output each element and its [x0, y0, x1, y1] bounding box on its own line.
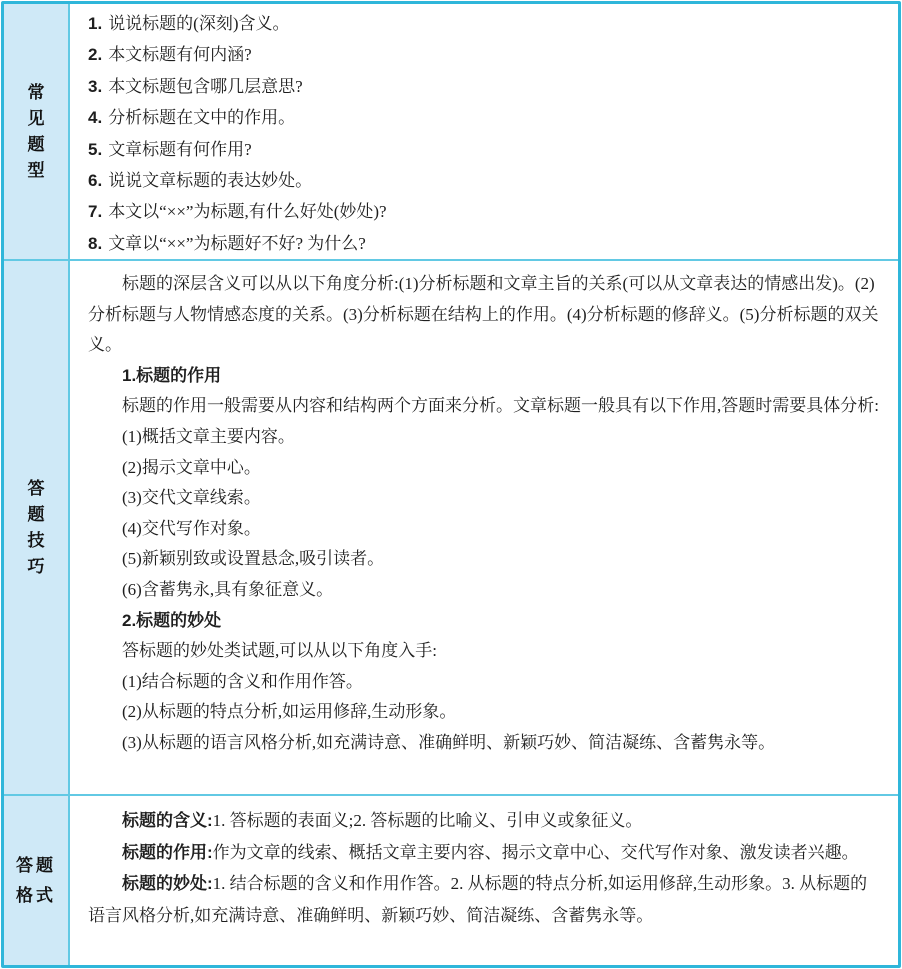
question-text: 本文以“××”为标题,有什么好处(妙处)? — [108, 202, 386, 221]
question-number: 5. — [88, 140, 102, 159]
question-text: 本文标题包含哪几层意思? — [108, 77, 303, 96]
row-label-cell-answer-techniques: 答题技巧 — [4, 261, 70, 794]
question-item-8: 8.文章以“××”为标题好不好? 为什么? — [88, 228, 888, 259]
question-item-7: 7.本文以“××”为标题,有什么好处(妙处)? — [88, 196, 888, 227]
format-entry-text: 作为文章的线索、概括文章主要内容、揭示文章中心、交代写作对象、激发读者兴趣。 — [213, 843, 859, 862]
question-types-content: 1.说说标题的(深刻)含义。 2.本文标题有何内涵? 3.本文标题包含哪几层意思… — [70, 4, 898, 259]
technique-paragraph: 答标题的妙处类试题,可以从以下角度入手: — [88, 636, 884, 667]
format-entry-lead: 标题的妙处: — [122, 874, 213, 893]
technique-list-item: (3)从标题的语言风格分析,如充满诗意、准确鲜明、新颖巧妙、简洁凝练、含蓄隽永等… — [88, 728, 884, 759]
question-text: 本文标题有何内涵? — [108, 45, 252, 64]
technique-heading-1: 1.标题的作用 — [88, 361, 884, 392]
technique-paragraph: 标题的深层含义可以从以下角度分析:(1)分析标题和文章主旨的关系(可以从文章表达… — [88, 269, 884, 361]
question-text: 分析标题在文中的作用。 — [108, 108, 295, 127]
row-label-question-types: 常见题型 — [27, 80, 46, 184]
question-text: 说说文章标题的表达妙处。 — [108, 171, 312, 190]
technique-list-item: (6)含蓄隽永,具有象征意义。 — [88, 575, 884, 606]
question-item-1: 1.说说标题的(深刻)含义。 — [88, 8, 888, 39]
technique-heading-2: 2.标题的妙处 — [88, 606, 884, 637]
row-label-cell-question-types: 常见题型 — [4, 4, 70, 259]
question-item-4: 4.分析标题在文中的作用。 — [88, 102, 888, 133]
technique-list-item: (1)概括文章主要内容。 — [88, 422, 884, 453]
question-text: 说说标题的(深刻)含义。 — [108, 14, 289, 33]
technique-paragraph: 标题的作用一般需要从内容和结构两个方面来分析。文章标题一般具有以下作用,答题时需… — [88, 391, 884, 422]
format-entry-merit: 标题的妙处:1. 结合标题的含义和作用作答。2. 从标题的特点分析,如运用修辞,… — [88, 868, 884, 931]
format-entry-function: 标题的作用:作为文章的线索、概括文章主要内容、揭示文章中心、交代写作对象、激发读… — [88, 837, 884, 869]
answer-format-content: 标题的含义:1. 答标题的表面义;2. 答标题的比喻义、引申义或象征义。 标题的… — [70, 796, 898, 965]
answer-techniques-content: 标题的深层含义可以从以下角度分析:(1)分析标题和文章主旨的关系(可以从文章表达… — [70, 261, 898, 794]
row-label-cell-answer-format: 答题格式 — [4, 796, 70, 965]
technique-list-item: (3)交代文章线索。 — [88, 483, 884, 514]
question-item-2: 2.本文标题有何内涵? — [88, 39, 888, 70]
technique-list-item: (5)新颖别致或设置悬念,吸引读者。 — [88, 544, 884, 575]
row-label-answer-format: 答题格式 — [13, 851, 59, 911]
question-text: 文章以“××”为标题好不好? 为什么? — [108, 234, 366, 253]
question-item-6: 6.说说文章标题的表达妙处。 — [88, 165, 888, 196]
question-text: 文章标题有何作用? — [108, 140, 252, 159]
study-reference-table: 常见题型 1.说说标题的(深刻)含义。 2.本文标题有何内涵? 3.本文标题包含… — [1, 1, 901, 968]
question-item-3: 3.本文标题包含哪几层意思? — [88, 71, 888, 102]
technique-list-item: (2)揭示文章中心。 — [88, 453, 884, 484]
question-number: 8. — [88, 234, 102, 253]
section-answer-techniques: 答题技巧 标题的深层含义可以从以下角度分析:(1)分析标题和文章主旨的关系(可以… — [4, 261, 898, 794]
question-number: 1. — [88, 14, 102, 33]
question-number: 3. — [88, 77, 102, 96]
format-entry-meaning: 标题的含义:1. 答标题的表面义;2. 答标题的比喻义、引申义或象征义。 — [88, 805, 884, 837]
technique-list-item: (1)结合标题的含义和作用作答。 — [88, 667, 884, 698]
question-item-5: 5.文章标题有何作用? — [88, 134, 888, 165]
question-number: 4. — [88, 108, 102, 127]
format-entry-lead: 标题的含义: — [122, 811, 213, 830]
row-label-answer-techniques: 答题技巧 — [27, 476, 46, 580]
technique-list-item: (4)交代写作对象。 — [88, 514, 884, 545]
technique-list-item: (2)从标题的特点分析,如运用修辞,生动形象。 — [88, 697, 884, 728]
section-answer-format: 答题格式 标题的含义:1. 答标题的表面义;2. 答标题的比喻义、引申义或象征义… — [4, 796, 898, 965]
format-entry-lead: 标题的作用: — [122, 843, 213, 862]
section-common-question-types: 常见题型 1.说说标题的(深刻)含义。 2.本文标题有何内涵? 3.本文标题包含… — [4, 4, 898, 259]
format-entry-text: 1. 答标题的表面义;2. 答标题的比喻义、引申义或象征义。 — [213, 811, 643, 830]
question-number: 7. — [88, 202, 102, 221]
question-number: 2. — [88, 45, 102, 64]
question-number: 6. — [88, 171, 102, 190]
